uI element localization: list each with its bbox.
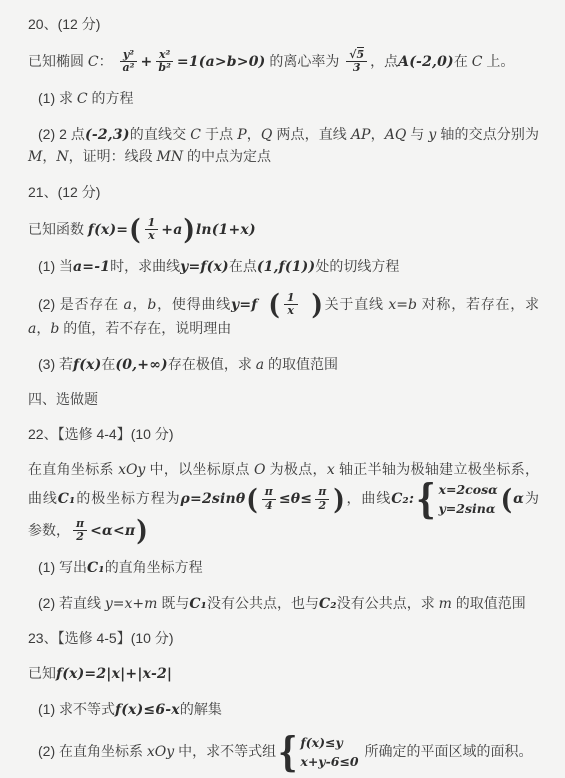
math-expression: C₁ bbox=[189, 596, 207, 612]
cases-equation: f(x)≤y bbox=[300, 734, 342, 752]
q23-part1: (1) 求不等式f(x)≤6-x的解集 bbox=[28, 699, 539, 722]
fraction-denominator: 4 bbox=[262, 500, 276, 513]
math-variable: C bbox=[190, 127, 201, 143]
text-run: ，证明：线段 bbox=[69, 148, 157, 164]
text-run: 没有公共点，也与 bbox=[207, 595, 319, 611]
document-body: 20、(12 分)已知椭圆 C： y²a²+x²b²=1(a>b>0) 的离心率… bbox=[0, 14, 565, 771]
math-expression: A(-2,0) bbox=[398, 54, 454, 70]
text-run: ： bbox=[99, 53, 117, 69]
fraction-numerator: y² bbox=[120, 49, 137, 63]
text-run: 已知 bbox=[28, 665, 56, 681]
big-parenthesis: ) bbox=[136, 518, 147, 543]
radical-sign: √ bbox=[349, 48, 356, 61]
big-parenthesis: ( bbox=[259, 292, 280, 317]
fraction: π4 bbox=[262, 486, 276, 512]
text-run: (2) 在直角坐标系 bbox=[38, 743, 147, 759]
math-expression: + bbox=[140, 54, 152, 70]
text-run: 与 bbox=[406, 126, 428, 142]
math-variable: Q bbox=[261, 127, 272, 143]
text-run: (2) 2 点 bbox=[38, 126, 85, 142]
q21-intro: 已知函数 f(x)=(1x+a)ln(1+x) bbox=[28, 217, 539, 243]
fraction-numerator: π bbox=[262, 486, 276, 500]
text-run: (1) 写出 bbox=[38, 559, 87, 575]
math-variable: a bbox=[256, 357, 264, 373]
text-run: 既与 bbox=[157, 595, 189, 611]
q22-intro: 在直角坐标系 xOy 中，以坐标原点 O 为极点，x 轴正半轴为极轴建立极坐标系… bbox=[28, 459, 539, 544]
fraction-sqrt: √53 bbox=[346, 49, 367, 75]
math-expression: ln(1+x) bbox=[196, 222, 256, 238]
text-run: 的解集 bbox=[180, 701, 222, 717]
text-run: ， bbox=[370, 126, 384, 142]
q21-part1: (1) 当a=-1时，求曲线y=f(x)在点(1,f(1))处的切线方程 bbox=[28, 256, 539, 279]
fraction-numerator: π bbox=[73, 518, 87, 532]
text-run: (2) 是否存在 bbox=[38, 296, 124, 312]
q20-part2: (2) 2 点(-2,3)的直线交 C 于点 P，Q 两点，直线 AP，AQ 与… bbox=[28, 124, 539, 169]
q23-part2: (2) 在直角坐标系 xOy 中，求不等式组{f(x)≤yx+y-6≤0 所确定… bbox=[28, 734, 539, 770]
big-parenthesis: ( bbox=[246, 487, 257, 512]
math-variable: P bbox=[237, 127, 246, 143]
math-variable: MN bbox=[156, 149, 183, 165]
text-run: (1) 求不等式 bbox=[38, 701, 115, 717]
section4-title: 四、选做题 bbox=[28, 389, 539, 411]
math-expression: f(x)= bbox=[88, 222, 128, 238]
math-expression: y=f(x) bbox=[180, 259, 229, 275]
cases-system: {x=2cosαy=2sinα bbox=[416, 481, 498, 517]
text-run: 已知函数 bbox=[28, 221, 88, 237]
cases-equation: x+y-6≤0 bbox=[300, 753, 358, 771]
math-expression: (0,+∞) bbox=[115, 357, 167, 373]
text-run: 上。 bbox=[482, 53, 514, 69]
fraction-numerator: π bbox=[315, 486, 329, 500]
math-expression: f(x)≤6-x bbox=[115, 702, 180, 718]
q23-title: 23、【选修 4-5】(10 分) bbox=[28, 628, 539, 650]
text-run: 20、(12 分) bbox=[28, 16, 100, 32]
text-run: 在 bbox=[454, 53, 472, 69]
text-run: 时，求曲线 bbox=[110, 258, 180, 274]
text-run: ，曲线 bbox=[346, 490, 392, 506]
math-variable: a bbox=[124, 297, 132, 313]
math-variable: AQ bbox=[385, 127, 407, 143]
text-run: 22、【选修 4-4】(10 分) bbox=[28, 426, 173, 442]
q21-part2: (2) 是否存在 a，b，使得曲线y=f(1x)关于直线 x=b 对称，若存在，… bbox=[28, 292, 539, 341]
math-variable: xOy bbox=[147, 744, 174, 760]
fraction: π2 bbox=[73, 518, 87, 544]
math-expression: y=f bbox=[231, 297, 258, 313]
math-expression: ≤θ≤ bbox=[279, 491, 312, 507]
text-run: ， bbox=[247, 126, 261, 142]
q22-part1: (1) 写出C₁的直角坐标方程 bbox=[28, 557, 539, 580]
text-run: ， bbox=[36, 320, 50, 336]
text-run: 对称，若存在，求 bbox=[417, 296, 539, 312]
math-variable: C bbox=[472, 54, 483, 70]
fraction-numerator: √5 bbox=[346, 49, 367, 63]
cases-system: {f(x)≤yx+y-6≤0 bbox=[278, 734, 359, 770]
math-expression: f(x)=2|x|+|x-2| bbox=[56, 666, 172, 682]
text-run: 在点 bbox=[229, 258, 257, 274]
text-run: 没有公共点，求 bbox=[337, 595, 439, 611]
text-run: ，使得曲线 bbox=[156, 296, 231, 312]
text-run: ， bbox=[132, 296, 148, 312]
math-variable: y=x+m bbox=[105, 596, 158, 612]
math-variable: N bbox=[56, 149, 68, 165]
math-expression: (1,f(1)) bbox=[257, 259, 315, 275]
text-run: (1) 求 bbox=[38, 90, 77, 106]
fraction-numerator: 1 bbox=[145, 217, 159, 231]
math-variable: M bbox=[28, 149, 42, 165]
q20-part1: (1) 求 C 的方程 bbox=[28, 88, 539, 111]
fraction: x²b² bbox=[155, 49, 174, 75]
text-run: 的取值范围 bbox=[264, 356, 338, 372]
radicand: 5 bbox=[357, 47, 365, 61]
left-brace: { bbox=[416, 481, 435, 517]
math-variable: C bbox=[77, 91, 88, 107]
math-expression: <α<π bbox=[90, 523, 135, 539]
fraction-denominator: b² bbox=[155, 62, 174, 75]
fraction: 1x bbox=[284, 292, 298, 318]
fraction-denominator: x bbox=[284, 305, 297, 318]
fraction-numerator: x² bbox=[156, 49, 173, 63]
text-run: 为极点， bbox=[265, 461, 326, 477]
math-expression: +a bbox=[161, 222, 182, 238]
exam-page: 20、(12 分)已知椭圆 C： y²a²+x²b²=1(a>b>0) 的离心率… bbox=[0, 0, 565, 778]
q22-part2: (2) 若直线 y=x+m 既与C₁没有公共点，也与C₂没有公共点，求 m 的取… bbox=[28, 593, 539, 616]
fraction: π2 bbox=[315, 486, 329, 512]
left-brace: { bbox=[278, 734, 297, 770]
fraction-denominator: x bbox=[145, 230, 158, 243]
fraction: 1x bbox=[145, 217, 159, 243]
text-run: 的值，若不存在，说明理由 bbox=[59, 320, 231, 336]
q23-intro: 已知f(x)=2|x|+|x-2| bbox=[28, 663, 539, 686]
math-expression: C₁ bbox=[58, 491, 76, 507]
math-expression: α bbox=[513, 491, 524, 507]
q21-part3: (3) 若f(x)在(0,+∞)存在极值，求 a 的取值范围 bbox=[28, 354, 539, 377]
text-run: 两点，直线 bbox=[272, 126, 351, 142]
text-run: 于点 bbox=[201, 126, 237, 142]
math-expression: (-2,3) bbox=[85, 127, 130, 143]
q22-title: 22、【选修 4-4】(10 分) bbox=[28, 424, 539, 446]
math-variable: m bbox=[439, 596, 452, 612]
text-run: 所确定的平面区域的面积。 bbox=[361, 743, 533, 759]
text-run: 中，以坐标原点 bbox=[145, 461, 254, 477]
math-expression: a=-1 bbox=[73, 259, 110, 275]
math-variable: b bbox=[50, 321, 59, 337]
math-expression: f(x) bbox=[73, 357, 101, 373]
big-parenthesis: ) bbox=[302, 292, 323, 317]
big-parenthesis: ( bbox=[501, 487, 512, 512]
fraction-denominator: a² bbox=[120, 62, 138, 75]
text-run: 21、(12 分) bbox=[28, 184, 100, 200]
math-expression: C₂ bbox=[319, 596, 337, 612]
text-run: ， bbox=[42, 148, 56, 164]
text-run: 存在极值，求 bbox=[168, 356, 256, 372]
text-run: 的方程 bbox=[88, 90, 134, 106]
text-run: 四、选做题 bbox=[28, 391, 98, 407]
fraction-denominator: 3 bbox=[350, 62, 364, 75]
cases-column: f(x)≤yx+y-6≤0 bbox=[300, 734, 358, 770]
math-expression: C₁ bbox=[87, 560, 105, 576]
big-parenthesis: ) bbox=[333, 487, 344, 512]
text-run: 已知椭圆 bbox=[28, 53, 88, 69]
text-run: 在 bbox=[101, 356, 115, 372]
math-variable: x bbox=[327, 462, 335, 478]
math-variable: C bbox=[88, 54, 99, 70]
q20-intro: 已知椭圆 C： y²a²+x²b²=1(a>b>0) 的离心率为 √53，点A(… bbox=[28, 49, 539, 75]
math-expression: =1(a>b>0) bbox=[177, 54, 266, 70]
math-expression: ρ=2sinθ bbox=[181, 491, 246, 507]
q21-title: 21、(12 分) bbox=[28, 182, 539, 204]
math-variable: AP bbox=[351, 127, 371, 143]
fraction-denominator: 2 bbox=[73, 531, 87, 544]
math-variable: xOy bbox=[118, 462, 145, 478]
fraction-denominator: 2 bbox=[315, 500, 329, 513]
fraction-numerator: 1 bbox=[284, 292, 298, 306]
math-variable: O bbox=[254, 462, 265, 478]
big-parenthesis: ( bbox=[129, 217, 140, 242]
q20-title: 20、(12 分) bbox=[28, 14, 539, 36]
text-run: (3) 若 bbox=[38, 356, 73, 372]
text-run: (1) 当 bbox=[38, 258, 73, 274]
text-run: 在直角坐标系 bbox=[28, 461, 118, 477]
big-parenthesis: ) bbox=[183, 217, 194, 242]
text-run: 的取值范围 bbox=[452, 595, 526, 611]
text-run: 的离心率为 bbox=[266, 53, 344, 69]
cases-equation: y=2sinα bbox=[439, 500, 496, 518]
cases-equation: x=2cosα bbox=[439, 481, 498, 499]
math-variable: x=b bbox=[388, 297, 417, 313]
text-run: (2) 若直线 bbox=[38, 595, 105, 611]
text-run: 处的切线方程 bbox=[315, 258, 399, 274]
text-run: 的极坐标方程为 bbox=[75, 490, 180, 506]
math-expression: C₂: bbox=[391, 491, 414, 507]
fraction: y²a² bbox=[120, 49, 138, 75]
text-run: 的直线交 bbox=[130, 126, 191, 142]
cases-column: x=2cosαy=2sinα bbox=[439, 481, 498, 517]
text-run: 的中点为定点 bbox=[183, 148, 271, 164]
text-run: 23、【选修 4-5】(10 分) bbox=[28, 630, 173, 646]
text-run: 中，求不等式组 bbox=[174, 743, 276, 759]
text-run: 的直角坐标方程 bbox=[105, 559, 203, 575]
text-run: 关于直线 bbox=[324, 296, 389, 312]
text-run: ，点 bbox=[370, 53, 398, 69]
text-run: 轴的交点分别为 bbox=[436, 126, 539, 142]
